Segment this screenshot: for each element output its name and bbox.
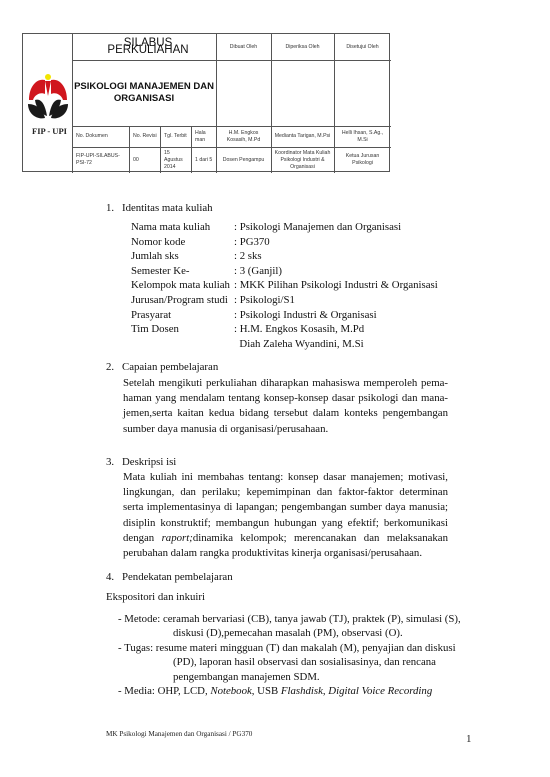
identity-row: Kelompok mata kuliah: MKK Pilihan Psikol…	[131, 278, 451, 293]
media-text-4: Flashdisk	[281, 685, 323, 697]
label-no-dokumen: No. Dokumen	[72, 126, 129, 147]
identity-key: Nomor kode	[131, 235, 234, 250]
section-3-number: 3.	[106, 455, 114, 470]
role-diperiksa: Koordinator Mata Kuliah Psikologi Indust…	[271, 147, 334, 173]
identity-row: Nama mata kuliah: Psikologi Manajemen da…	[131, 220, 451, 235]
media-text-1: - Media: OHP, LCD,	[118, 685, 210, 697]
label-halaman: Hala man	[191, 126, 216, 147]
identity-row: Jurusan/Program studi: Psikologi/S1	[131, 293, 451, 308]
identity-value: : 2 sks	[234, 249, 262, 264]
identity-key: Semester Ke-	[131, 264, 234, 279]
page-footer: MK Psikologi Manajemen dan Organisasi / …	[106, 730, 252, 738]
logo-caption: FIP - UPI	[32, 126, 67, 136]
label-tgl-terbit: Tgl. Terbit	[160, 126, 191, 147]
identity-row: Nomor kode: PG370	[131, 235, 451, 250]
signer-dibuat: H.M. Engkos Kosasih, M.Pd	[216, 126, 271, 147]
identity-value: : 3 (Ganjil)	[234, 264, 282, 279]
identity-row: Semester Ke-: 3 (Ganjil)	[131, 264, 451, 279]
identity-row: Jumlah sks: 2 sks	[131, 249, 451, 264]
identity-value: : Psikologi/S1	[234, 293, 295, 308]
identity-value: : MKK Pilihan Psikologi Industri & Organ…	[234, 278, 438, 293]
section-3-text-italic: raport;	[162, 532, 193, 544]
media-text-6: Digital Voice Recording	[328, 685, 432, 697]
identity-value: : Psikologi Industri & Organisasi	[234, 308, 377, 323]
upi-logo: FIP - UPI	[23, 34, 73, 173]
section-3-heading: Deskripsi isi	[122, 455, 176, 470]
signer-disetujui: Helli Ihsan, S.Ag., M.Si	[334, 126, 391, 147]
identity-row: Diah Zaleha Wyandini, M.Si	[131, 337, 451, 352]
identity-value: : H.M. Engkos Kosasih, M.Pd	[234, 322, 364, 337]
media-text-2: Notebook	[210, 685, 251, 697]
identity-row: Prasyarat: Psikologi Industri & Organisa…	[131, 308, 451, 323]
identity-value: : Psikologi Manajemen dan Organisasi	[234, 220, 401, 235]
identity-key: Prasyarat	[131, 308, 234, 323]
value-halaman: 1 dari 5	[191, 147, 216, 173]
role-disetujui: Ketua Jurusan Psikologi	[334, 147, 391, 173]
list-item-media: - Media: OHP, LCD, Notebook, USB Flashdi…	[118, 684, 463, 698]
learning-approach-list: - Metode: ceramah bervariasi (CB), tanya…	[118, 612, 463, 698]
section-2-number: 2.	[106, 360, 114, 375]
identity-key	[131, 337, 234, 352]
document-title: SILABUS PERKULIAHAN	[72, 34, 216, 60]
course-identity-list: Nama mata kuliah: Psikologi Manajemen da…	[131, 220, 451, 351]
identity-key: Jumlah sks	[131, 249, 234, 264]
col-diperiksa-oleh: Diperiksa Oleh	[271, 34, 334, 60]
section-4-number: 4.	[106, 570, 114, 585]
identity-value: Diah Zaleha Wyandini, M.Si	[234, 337, 364, 352]
section-4-heading: Pendekatan pembelajaran	[122, 570, 233, 585]
label-no-revisi: No. Revisi	[129, 126, 160, 147]
role-dibuat: Dosen Pengampu	[216, 147, 271, 173]
identity-key: Nama mata kuliah	[131, 220, 234, 235]
section-2-text: Setelah mengikuti perkuliahan diharapkan…	[123, 376, 448, 437]
page-number: 1	[466, 733, 472, 745]
value-no-dokumen: FIP-UPI-SILABUS-PSI-72	[72, 147, 129, 173]
section-1-number: 1.	[106, 201, 114, 216]
signer-diperiksa: Medianta Tarigan, M.Psi	[271, 126, 334, 147]
value-tgl-terbit: 15 Agustus 2014	[160, 147, 191, 173]
section-3-text: Mata kuliah ini membahas tentang: konsep…	[123, 470, 448, 561]
document-header-table: FIP - UPI SILABUS PERKULIAHAN Dibuat Ole…	[22, 33, 390, 172]
col-dibuat-oleh: Dibuat Oleh	[216, 34, 271, 60]
identity-key: Tim Dosen	[131, 322, 234, 337]
list-item-metode: - Metode: ceramah bervariasi (CB), tanya…	[118, 612, 463, 641]
course-title: PSIKOLOGI MANAJEMEN DAN ORGANISASI	[72, 60, 216, 126]
media-text-3: , USB	[252, 685, 281, 697]
identity-value: : PG370	[234, 235, 270, 250]
identity-row: Tim Dosen: H.M. Engkos Kosasih, M.Pd	[131, 322, 451, 337]
section-1-heading: Identitas mata kuliah	[122, 201, 213, 216]
identity-key: Jurusan/Program studi	[131, 293, 234, 308]
section-4-subheading: Ekspositori dan inkuiri	[106, 590, 205, 605]
col-disetujui-oleh: Disetujui Oleh	[334, 34, 391, 60]
upi-emblem-icon	[23, 34, 73, 124]
section-2-heading: Capaian pembelajaran	[122, 360, 218, 375]
identity-key: Kelompok mata kuliah	[131, 278, 234, 293]
list-item-tugas: - Tugas: resume materi mingguan (T) dan …	[118, 641, 463, 684]
value-no-revisi: 00	[129, 147, 160, 173]
